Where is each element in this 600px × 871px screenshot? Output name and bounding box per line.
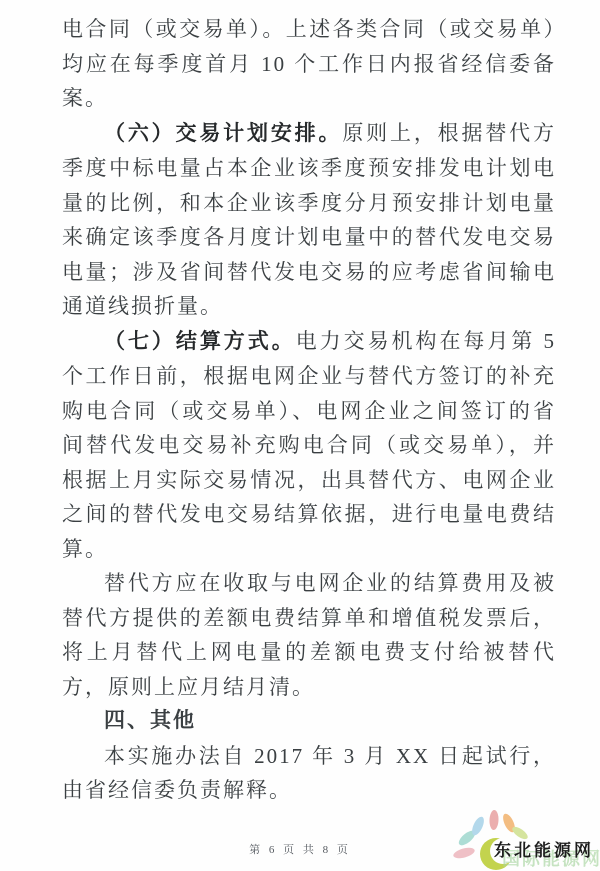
paragraph-trade-plan: （六）交易计划安排。原则上，根据替代方季度中标电量占本企业该季度预安排发电计划电… — [62, 116, 556, 324]
document-page: 电合同（或交易单）。上述各类合同（或交易单）均应在每季度首月 10 个工作日内报… — [0, 0, 600, 871]
paragraph-settlement-method-text: 电力交易机构在每月第 5 个工作日前，根据电网企业与替代方签订的补充购电合同（或… — [62, 329, 556, 561]
paragraph-fee-payment: 替代方应在收取与电网企业的结算费用及被替代方提供的差额电费结算单和增值税发票后，… — [62, 566, 556, 704]
page-number-indicator: 第 6 页 共 8 页 — [249, 844, 351, 856]
site-watermark: 国际能源网 东北能源网 — [450, 805, 600, 871]
watermark-title: 东北能源网 — [494, 840, 594, 860]
section-heading-other: 四、其他 — [62, 704, 556, 739]
paragraph-trade-plan-lead: （六）交易计划安排。 — [104, 122, 342, 145]
document-body: 电合同（或交易单）。上述各类合同（或交易单）均应在每季度首月 10 个工作日内报… — [62, 12, 556, 808]
watermark-logo-icon: 国际能源网 东北能源网 — [450, 805, 600, 871]
paragraph-settlement-method: （七）结算方式。电力交易机构在每月第 5 个工作日前，根据电网企业与替代方签订的… — [62, 324, 556, 567]
paragraph-settlement-method-lead: （七）结算方式。 — [104, 330, 296, 353]
paragraph-contract-filing: 电合同（或交易单）。上述各类合同（或交易单）均应在每季度首月 10 个工作日内报… — [62, 12, 556, 116]
paragraph-effective-date: 本实施办法自 2017 年 3 月 XX 日起试行，由省经信委负责解释。 — [62, 739, 556, 808]
petal-pink — [452, 846, 476, 860]
petal-red — [489, 810, 499, 830]
paragraph-trade-plan-text: 原则上，根据替代方季度中标电量占本企业该季度预安排发电计划电量的比例，和本企业该… — [62, 121, 556, 319]
